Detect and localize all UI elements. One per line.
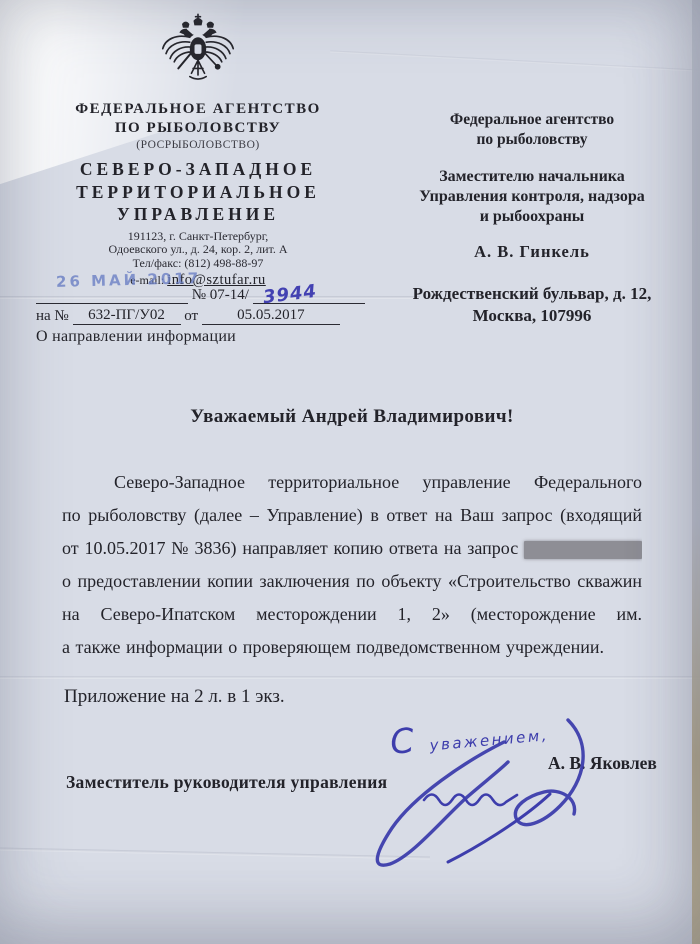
body-line-text: от 10.05.2017 № 3836) направляет копию о… (62, 538, 518, 558)
scanned-letter-photo: ФЕДЕРАЛЬНОЕ АГЕНТСТВО ПО РЫБОЛОВСТВУ (РО… (0, 0, 700, 944)
division-name-line1: СЕВЕРО-ЗАПАДНОЕ (48, 158, 348, 181)
salutation: Уважаемый Андрей Владимирович! (62, 406, 642, 428)
outgoing-number-line: № 07-14/ 3944 (36, 286, 376, 304)
body-line-text: о предоставлении копии заключения по объ… (62, 571, 642, 591)
body-line: на Северо-Ипатском месторождении 1, 2» (… (62, 598, 642, 631)
incoming-date: 05.05.2017 (202, 307, 340, 325)
body-line: от 10.05.2017 № 3836) направляет копию о… (62, 532, 642, 565)
paper-edge (692, 0, 700, 944)
reply-prefix: на № (36, 308, 69, 324)
letterhead: ФЕДЕРАЛЬНОЕ АГЕНТСТВО ПО РЫБОЛОВСТВУ (РО… (48, 8, 348, 289)
paper-crease (330, 50, 700, 71)
attachment-note: Приложение на 2 л. в 1 экз. (64, 686, 285, 708)
letter-subject: О направлении информации (36, 328, 376, 346)
letterhead-phone-line: Тел/факс: (812) 498-88-97 (48, 257, 348, 271)
division-name-line2: ТЕРРИТОРИАЛЬНОЕ (48, 181, 348, 204)
agency-short-name: (РОСРЫБОЛОВСТВО) (48, 139, 348, 151)
body-line: а также информации о проверяющем подведо… (62, 631, 642, 664)
blank-underline (36, 286, 188, 304)
body-line: о предоставлении копии заключения по объ… (62, 565, 642, 598)
addressee-position-line2: Управления контроля, надзора (378, 187, 686, 207)
letterhead-address-line1: 191123, г. Санкт-Петербург, (48, 230, 348, 244)
incoming-number: 632-ПГ/У02 (73, 307, 181, 325)
addressee-address-line2: Москва, 107996 (378, 305, 686, 327)
agency-name-line1: ФЕДЕРАЛЬНОЕ АГЕНТСТВО (48, 100, 348, 119)
body-line: Северо-Западное территориальное управлен… (62, 466, 642, 499)
signer-position: Заместитель руководителя управления (66, 772, 387, 793)
agency-name-line2: ПО РЫБОЛОВСТВУ (48, 119, 348, 138)
body-line-text: а также информации о проверяющем подведо… (62, 637, 604, 657)
reply-from-label: от (184, 308, 198, 324)
letterhead-address-line2: Одоевского ул., д. 24, кор. 2, лит. А (48, 243, 348, 257)
addressee-position-line3: и рыбоохраны (378, 207, 686, 227)
body-line-text: на Северо-Ипатском месторождении 1, 2» (… (62, 604, 642, 631)
coat-of-arms-icon (157, 8, 239, 96)
addressee-name: А. В. Гинкель (378, 242, 686, 262)
redaction-box (524, 541, 642, 559)
addressee-position-line1: Заместителю начальника (378, 167, 686, 187)
division-name-line3: УПРАВЛЕНИЕ (48, 203, 348, 226)
body-line: по рыболовству (далее – Управление) в от… (62, 499, 642, 532)
letter-body: Северо-Западное территориальное управлен… (62, 466, 642, 664)
addressee-org-line2: по рыболовству (378, 130, 686, 150)
body-line-text: Северо-Западное территориальное управлен… (62, 472, 642, 499)
addressee-org-line1: Федеральное агентство (378, 110, 686, 130)
paper-crease (0, 676, 700, 679)
reference-block: № 07-14/ 3944 на № 632-ПГ/У02 от 05.05.2… (36, 286, 376, 346)
incoming-reference-line: на № 632-ПГ/У02 от 05.05.2017 (36, 307, 376, 325)
outgoing-number-underline: 3944 (253, 286, 365, 304)
outgoing-number-prefix: № 07-14/ (192, 287, 249, 303)
addressee-address-line1: Рождественский бульвар, д. 12, (378, 283, 686, 305)
body-line-text: по рыболовству (далее – Управление) в от… (62, 505, 642, 525)
addressee-block: Федеральное агентство по рыболовству Зам… (378, 110, 686, 326)
handwritten-signature (352, 700, 682, 870)
